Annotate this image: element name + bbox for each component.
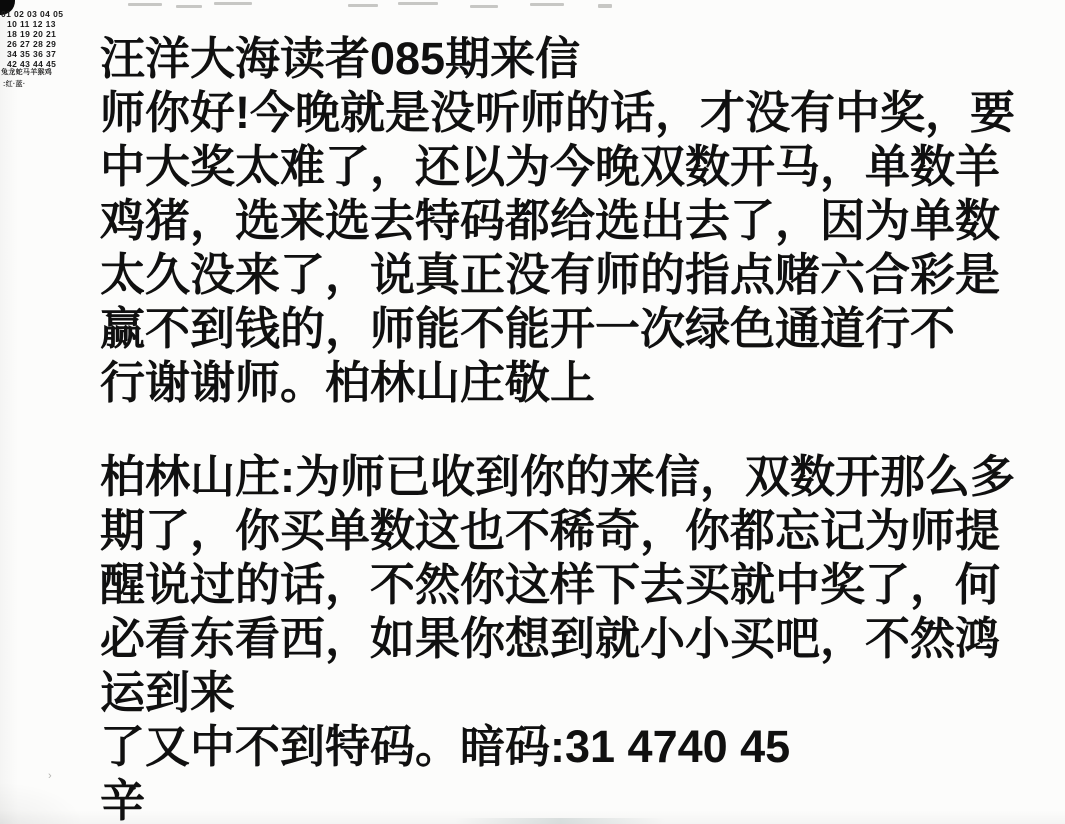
letter-line: 运到来 xyxy=(100,666,1060,720)
letter-line: 行谢谢师。柏林山庄敬上 xyxy=(100,356,1060,410)
letter-line: 师你好!今晚就是没听师的话，才没有中奖，要 xyxy=(100,86,1060,140)
letter-line: 了又中不到特码。暗码:31 4740 45 xyxy=(100,720,1060,774)
number-row: 18 19 20 21 xyxy=(7,29,91,39)
cut-off-text-remnant xyxy=(470,5,498,8)
cut-off-text-remnant xyxy=(176,5,202,8)
cut-off-text-remnant xyxy=(530,3,564,6)
cut-off-text-remnant xyxy=(398,2,438,5)
letter-line: 鸡猪，选来选去特码都给选出去了，因为单数 xyxy=(100,194,1060,248)
zodiac-list-text: 兔龙蛇马羊猴鸡 xyxy=(1,69,52,77)
number-row: 01 02 03 04 05 xyxy=(1,9,91,19)
letter-body: 汪洋大海读者085期来信 师你好!今晚就是没听师的话，才没有中奖，要 中大奖太难… xyxy=(100,32,1060,824)
cut-off-text-remnant xyxy=(598,4,612,8)
cut-off-text-remnant xyxy=(214,2,252,5)
letter-line: 期了，你买单数这也不稀奇，你都忘记为师提 xyxy=(100,504,1060,558)
letter-line: 醒说过的话，不然你这样下去买就中奖了，何 xyxy=(100,558,1060,612)
number-row: 34 35 36 37 xyxy=(7,49,91,59)
letter-title: 汪洋大海读者085期来信 xyxy=(100,32,1060,86)
cut-off-text-remnant xyxy=(348,4,378,7)
scan-artifact-mark: › xyxy=(48,770,52,782)
number-grid-panel: 01 02 03 04 05 10 11 12 13 18 19 20 21 2… xyxy=(1,9,91,69)
color-list-text: :红·蓝· xyxy=(3,81,26,89)
number-row: 42 43 44 45 xyxy=(7,59,91,69)
cut-off-text-remnant xyxy=(128,3,162,6)
letter-line: 中大奖太难了，还以为今晚双数开马，单数羊 xyxy=(100,140,1060,194)
scan-artifact-smudge xyxy=(455,818,665,824)
number-row: 26 27 28 29 xyxy=(7,39,91,49)
letter-line: 柏林山庄:为师已收到你的来信，双数开那么多 xyxy=(100,450,1060,504)
scanned-letter-page: 01 02 03 04 05 10 11 12 13 18 19 20 21 2… xyxy=(0,0,1065,824)
letter-line: 赢不到钱的，师能不能开一次绿色通道行不 xyxy=(100,302,1060,356)
letter-line: 必看东看西，如果你想到就小小买吧，不然鸿 xyxy=(100,612,1060,666)
letter-line: 辛 xyxy=(100,774,1060,824)
letter-line: 太久没来了，说真正没有师的指点赌六合彩是 xyxy=(100,248,1060,302)
number-row: 10 11 12 13 xyxy=(7,19,91,29)
paragraph-gap xyxy=(100,410,1060,450)
